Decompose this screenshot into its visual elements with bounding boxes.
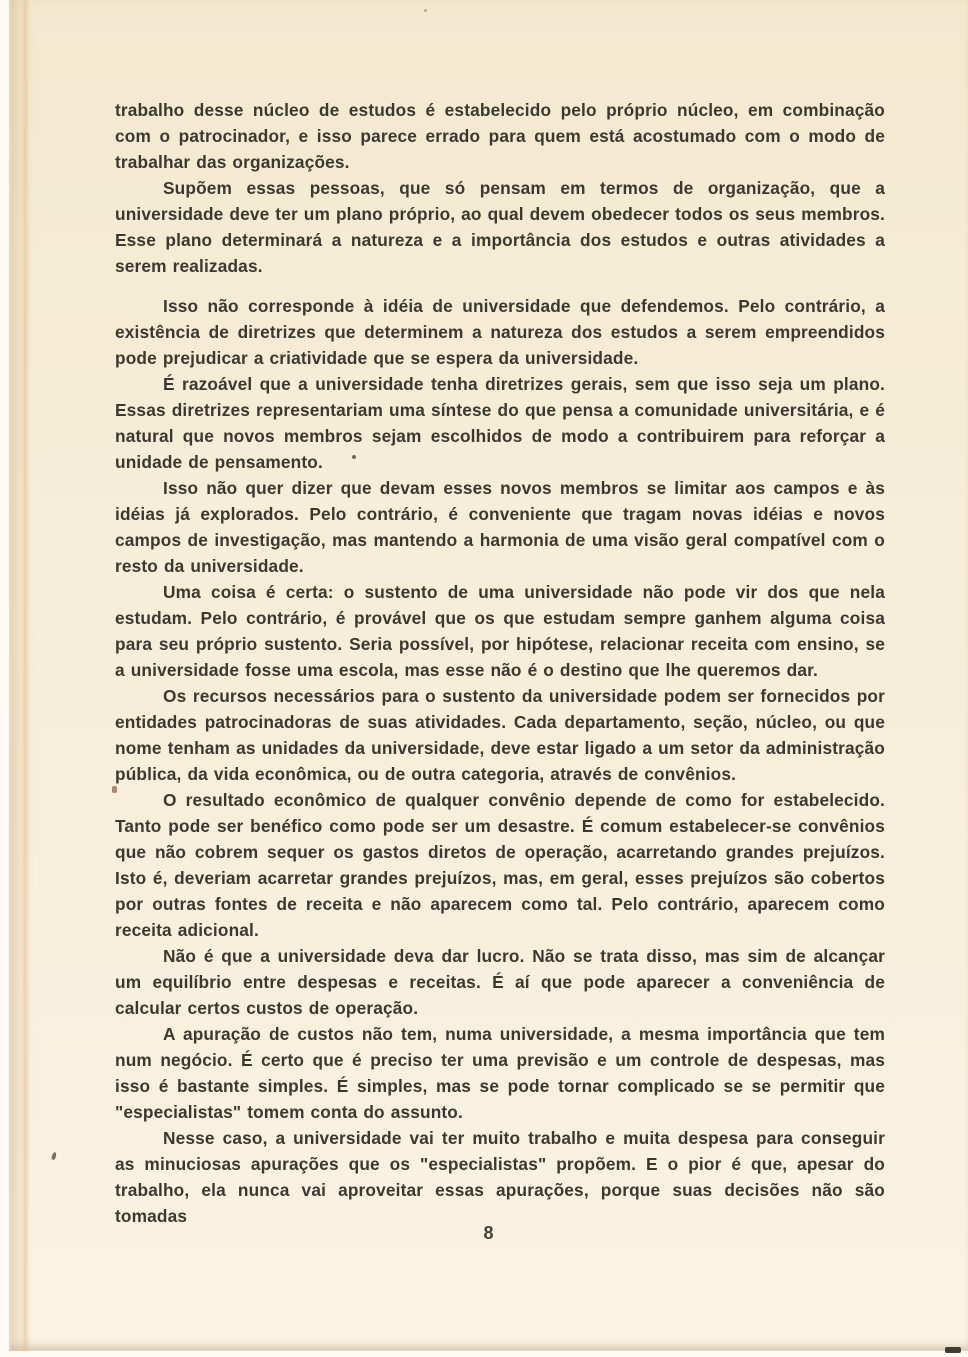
scan-speck (112, 786, 117, 793)
scanned-document: trabalho desse núcleo de estudos é estab… (0, 0, 968, 1357)
page-number: 8 (9, 1223, 968, 1244)
scan-speck (51, 1152, 57, 1161)
paragraph: Uma coisa é certa: o sustento de uma uni… (115, 579, 885, 683)
page-paper: trabalho desse núcleo de estudos é estab… (9, 0, 968, 1351)
paragraph: Supõem essas pessoas, que só pensam em t… (115, 175, 885, 279)
paragraph: Os recursos necessários para o sustento … (115, 683, 885, 787)
scan-speck (945, 1347, 961, 1353)
paragraph: Isso não corresponde à idéia de universi… (115, 293, 885, 371)
paragraph: Não é que a universidade deva dar lucro.… (115, 943, 885, 1021)
paragraph: Isso não quer dizer que devam esses novo… (115, 475, 885, 579)
paragraph-continuation: trabalho desse núcleo de estudos é estab… (115, 97, 885, 175)
page-text-block: trabalho desse núcleo de estudos é estab… (115, 97, 885, 1229)
paragraph: Nesse caso, a universidade vai ter muito… (115, 1125, 885, 1229)
paragraph: É razoável que a universidade tenha dire… (115, 371, 885, 475)
paragraph: A apuração de custos não tem, numa unive… (115, 1021, 885, 1125)
paragraph: O resultado econômico de qualquer convên… (115, 787, 885, 943)
scan-speck (424, 9, 427, 12)
scan-speck (352, 455, 356, 459)
page-edge-crease (22, 0, 29, 1351)
